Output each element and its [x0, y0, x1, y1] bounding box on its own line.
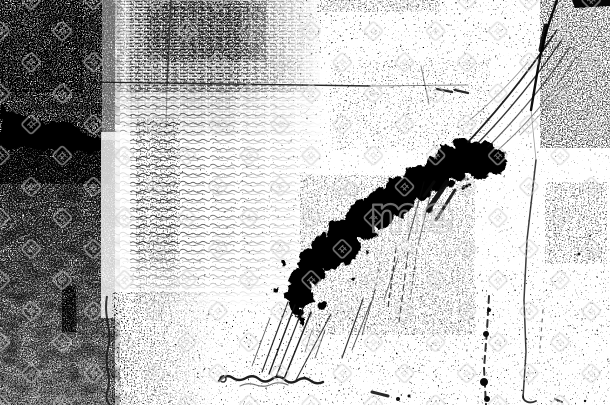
watermark-text: me: [369, 186, 455, 244]
grunge-texture-stage: Black and white grunge distressed overla…: [0, 0, 610, 405]
watermark-layer: me: [0, 0, 610, 405]
grunge-texture-image: Black and white grunge distressed overla…: [0, 0, 610, 405]
watermark-lattice: [0, 0, 610, 405]
